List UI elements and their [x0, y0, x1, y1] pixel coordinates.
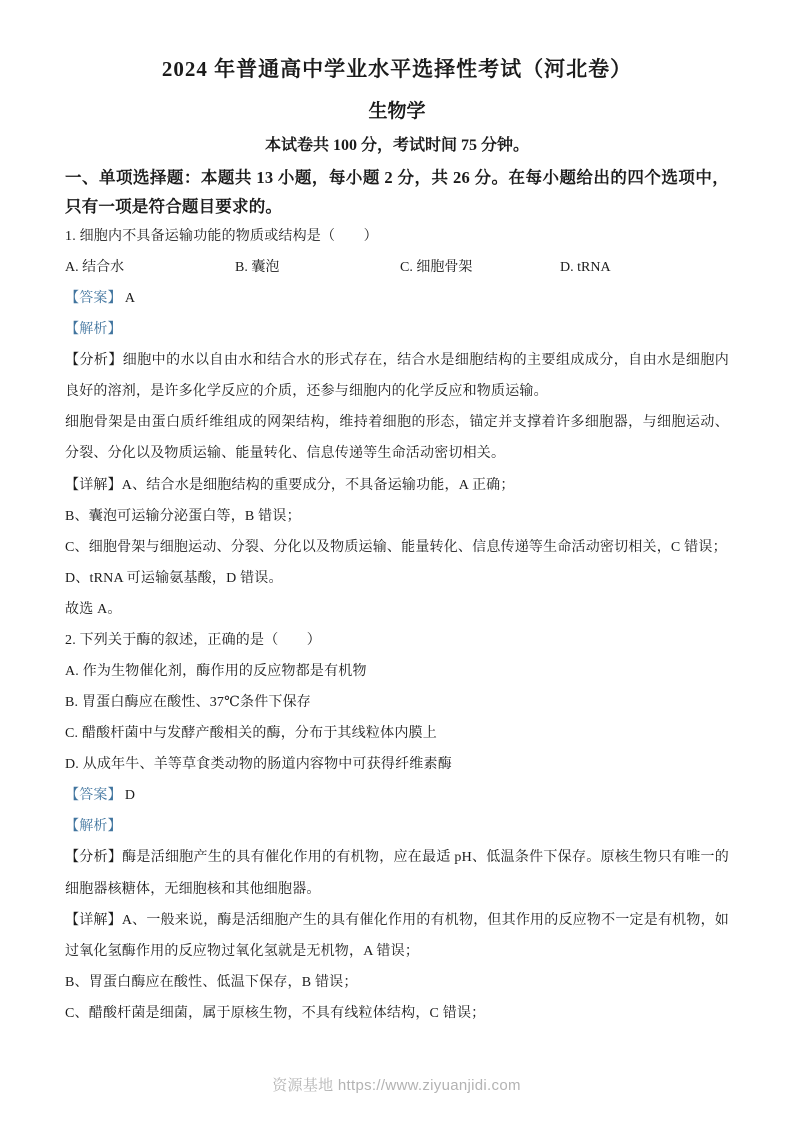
question-2: 2. 下列关于酶的叙述，正确的是（ ） A. 作为生物催化剂，酶作用的反应物都是… [65, 625, 729, 1029]
section-header: 一、单项选择题：本题共 13 小题，每小题 2 分，共 26 分。在每小题给出的… [65, 164, 729, 221]
q2-answer-value: D [122, 788, 135, 803]
q1-analysis-paragraph: B、囊泡可运输分泌蛋白等，B 错误； [65, 501, 729, 532]
q1-answer-value: A [122, 291, 135, 306]
q1-option-c: C. 细胞骨架 [400, 252, 560, 283]
document-content: 2024 年普通高中学业水平选择性考试（河北卷） 生物学 本试卷共 100 分，… [0, 0, 793, 1029]
q2-analysis-paragraph: C、醋酸杆菌是细菌，属于原核生物，不具有线粒体结构，C 错误； [65, 998, 729, 1029]
q2-analysis-paragraph: 【分析】酶是活细胞产生的具有催化作用的有机物，应在最适 pH、低温条件下保存。原… [65, 842, 729, 904]
q2-analysis-label: 【解析】 [65, 811, 729, 842]
q1-options-row: A. 结合水 B. 囊泡 C. 细胞骨架 D. tRNA [65, 252, 729, 283]
q2-answer-label: 【答案】 [65, 788, 122, 803]
footer-site-name: 资源基地 [272, 1077, 333, 1094]
q1-option-a: A. 结合水 [65, 252, 235, 283]
q1-analysis-paragraph: 【详解】A、结合水是细胞结构的重要成分，不具备运输功能，A 正确； [65, 470, 729, 501]
page-title: 2024 年普通高中学业水平选择性考试（河北卷） [65, 57, 729, 82]
q1-analysis-paragraph: D、tRNA 可运输氨基酸，D 错误。 [65, 563, 729, 594]
q2-option-b: B. 胃蛋白酶应在酸性、37℃条件下保存 [65, 687, 729, 718]
q1-option-b: B. 囊泡 [235, 252, 400, 283]
q2-stem: 2. 下列关于酶的叙述，正确的是（ ） [65, 625, 729, 656]
subject-title: 生物学 [65, 101, 729, 124]
q1-analysis-paragraph: 细胞骨架是由蛋白质纤维组成的网架结构，维持着细胞的形态，锚定并支撑着许多细胞器，… [65, 407, 729, 469]
q1-analysis-paragraph: 【分析】细胞中的水以自由水和结合水的形式存在，结合水是细胞结构的主要组成成分，自… [65, 345, 729, 407]
q1-analysis-paragraph: C、细胞骨架与细胞运动、分裂、分化以及物质运输、能量转化、信息传递等生命活动密切… [65, 532, 729, 563]
q1-analysis-conclusion: 故选 A。 [65, 594, 729, 625]
question-1: 1. 细胞内不具备运输功能的物质或结构是（ ） A. 结合水 B. 囊泡 C. … [65, 221, 729, 625]
q2-analysis-paragraph: B、胃蛋白酶应在酸性、低温下保存，B 错误； [65, 967, 729, 998]
q1-answer-line: 【答案】A [65, 283, 729, 314]
q2-option-d: D. 从成年牛、羊等草食类动物的肠道内容物中可获得纤维素酶 [65, 749, 729, 780]
q2-analysis-paragraph: 【详解】A、一般来说，酶是活细胞产生的具有催化作用的有机物，但其作用的反应物不一… [65, 905, 729, 967]
exam-document-page: 2024 年普通高中学业水平选择性考试（河北卷） 生物学 本试卷共 100 分，… [0, 0, 793, 1122]
footer-link[interactable]: https://www.ziyuanjidi.com [338, 1077, 521, 1094]
q2-answer-line: 【答案】D [65, 780, 729, 811]
q1-answer-label: 【答案】 [65, 291, 122, 306]
q2-option-a: A. 作为生物催化剂，酶作用的反应物都是有机物 [65, 656, 729, 687]
q1-option-d: D. tRNA [560, 252, 729, 283]
exam-info: 本试卷共 100 分，考试时间 75 分钟。 [65, 136, 729, 155]
q1-analysis-label: 【解析】 [65, 314, 729, 345]
q1-stem: 1. 细胞内不具备运输功能的物质或结构是（ ） [65, 221, 729, 252]
q2-option-c: C. 醋酸杆菌中与发酵产酸相关的酶，分布于其线粒体内膜上 [65, 718, 729, 749]
footer-watermark: 资源基地 https://www.ziyuanjidi.com [0, 1074, 793, 1095]
